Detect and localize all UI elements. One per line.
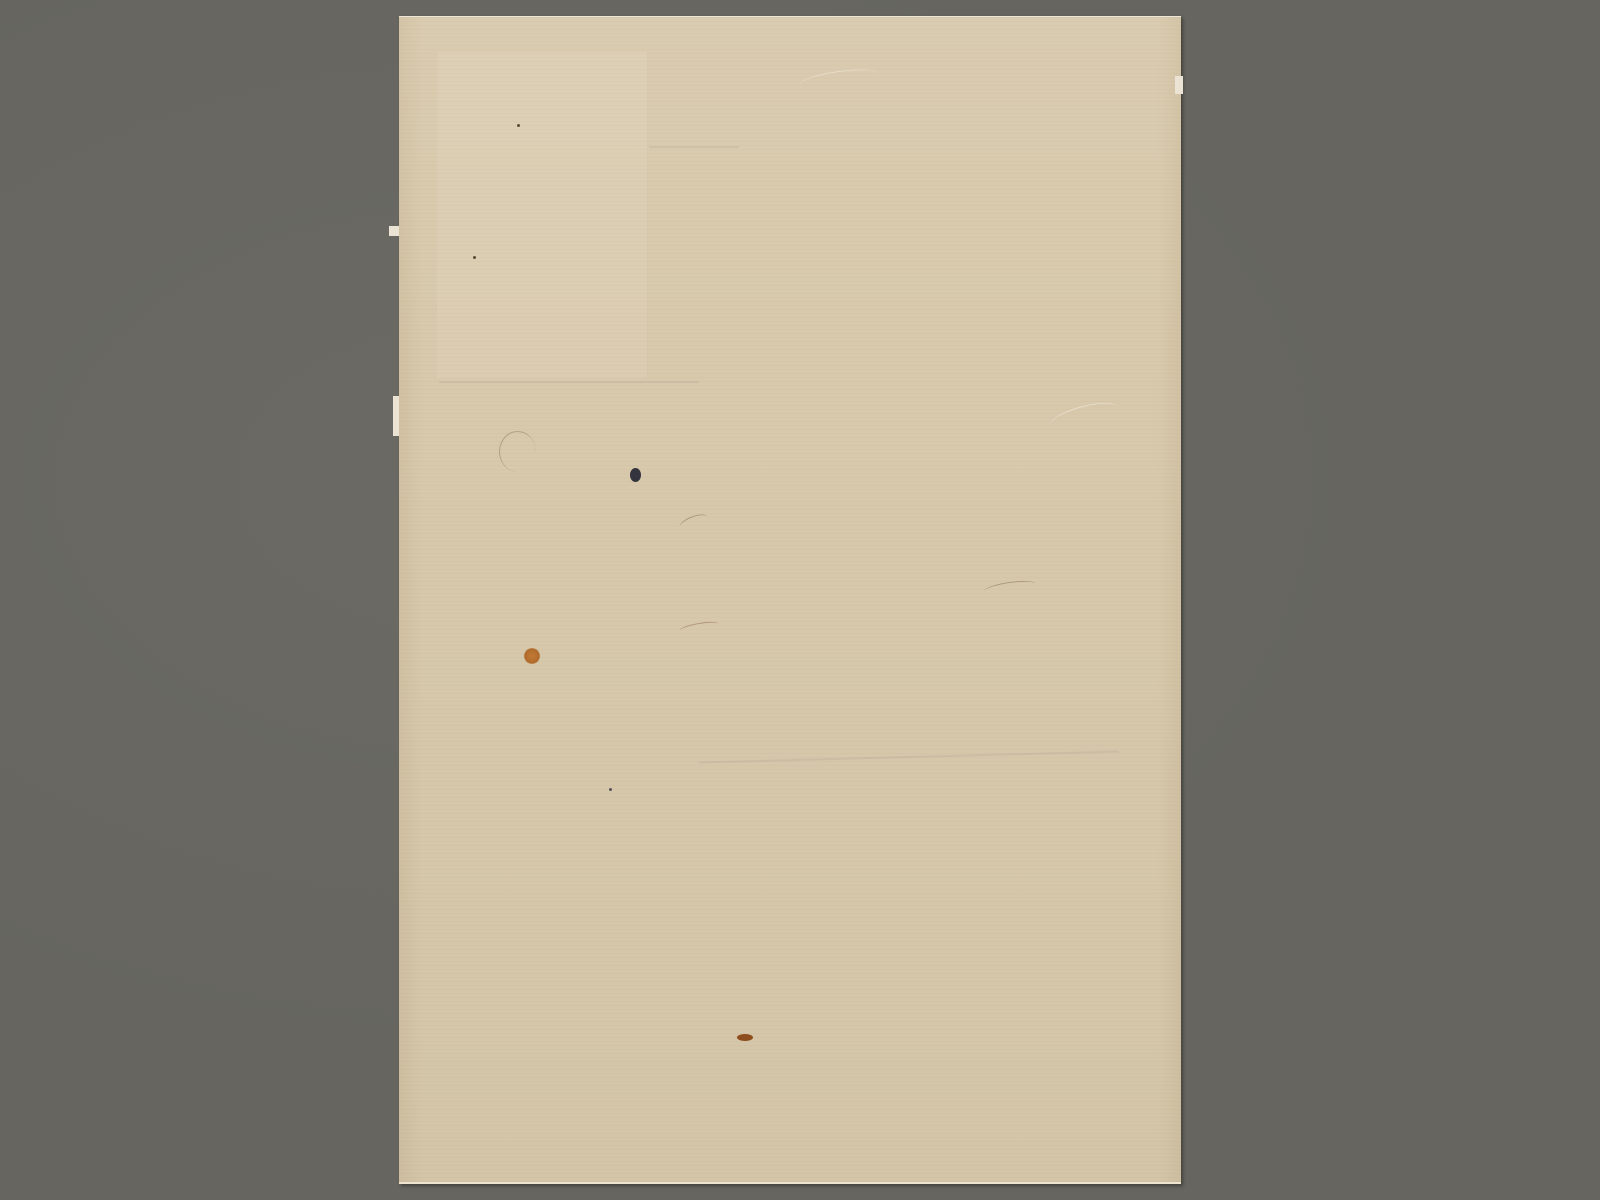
rust-fleck bbox=[737, 1034, 753, 1041]
torn-edge bbox=[393, 396, 399, 436]
ink-spot bbox=[630, 468, 641, 482]
paper-fiber bbox=[679, 620, 720, 636]
paper-fiber bbox=[499, 431, 536, 472]
paper-fiber bbox=[678, 511, 711, 533]
paper-fiber bbox=[983, 578, 1036, 596]
paper-sheet bbox=[399, 16, 1181, 1184]
show-through-panel bbox=[437, 52, 648, 378]
torn-edge bbox=[389, 226, 399, 236]
paper-fiber bbox=[1047, 397, 1120, 435]
show-through-line bbox=[649, 146, 739, 148]
torn-edge bbox=[1175, 76, 1183, 94]
paper-fiber bbox=[798, 66, 880, 94]
dust-speck bbox=[473, 256, 476, 259]
rust-stain bbox=[523, 648, 541, 664]
show-through-line bbox=[439, 381, 699, 383]
dust-speck bbox=[517, 124, 520, 127]
show-through-line bbox=[699, 751, 1119, 764]
dust-speck bbox=[609, 788, 612, 791]
